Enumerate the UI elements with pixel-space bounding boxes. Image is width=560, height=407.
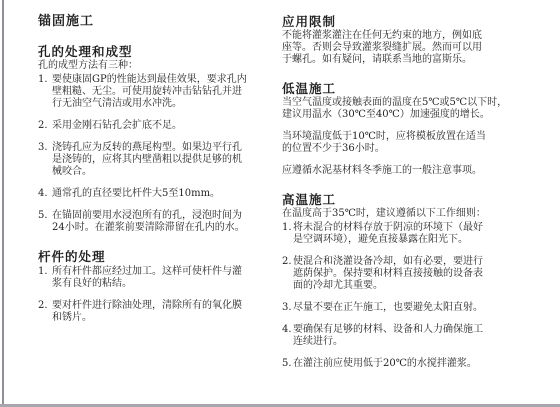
item-text: 通常孔的直径要比杆件大5至10mm。	[52, 188, 260, 200]
paragraph: 当环境温度低于10℃时，应将模板放置在适当 的位置不少于36小时。	[282, 131, 518, 155]
item-number: 2.	[38, 120, 52, 132]
list-item: 2. 采用金刚石钻孔会扩底不足。	[38, 120, 260, 132]
section-rod-treatment: 杆件的处理 1. 所有杆件都应经过加工。这样可使杆件与灌 浆有良好的粘结。 2.…	[38, 249, 260, 324]
page-content: 锚固施工 孔的处理和成型 孔的成型方法有三种： 1. 要使康固GP的性能达到最佳…	[38, 9, 530, 370]
list-item: 4. 要确保有足够的材料、设备和人力确保施工 连续进行。	[282, 324, 518, 348]
heading-high-temperature: 高温施工	[282, 192, 518, 207]
item-number: 3.	[282, 302, 293, 314]
item-text: 要使康固GP的性能达到最佳效果，要求孔内 壁粗糙、无尘。可使用旋转冲击钻钻孔并进…	[52, 74, 260, 110]
list-item: 1. 所有杆件都应经过加工。这样可使杆件与灌 浆有良好的粘结。	[38, 266, 260, 290]
section-low-temperature: 低温施工 当空气温度或接触表面的温度在5℃或5℃以下时， 建议用温水（30℃至4…	[282, 81, 518, 177]
item-number: 4.	[38, 188, 52, 200]
item-text: 浇铸孔应为反转的燕尾构型。如果边平行孔 是浇铸的，应将其内壁凿粗以提供足够的机 …	[52, 142, 260, 178]
list-item: 4. 通常孔的直径要比杆件大5至10mm。	[38, 188, 260, 200]
item-number: 1.	[38, 74, 52, 110]
item-number: 1.	[38, 266, 52, 290]
numbered-list: 1. 将未混合的材料存放于阴凉的环境下（最好 是空调环境），避免直接暴露在阳光下…	[282, 222, 518, 370]
paragraph: 应遵循水泥基材料冬季施工的一般注意事项。	[282, 165, 518, 177]
list-item: 3. 尽量不要在正午施工，也要避免太阳直射。	[282, 302, 518, 314]
item-number: 2.	[38, 300, 52, 324]
list-item: 1. 要使康固GP的性能达到最佳效果，要求孔内 壁粗糙、无尘。可使用旋转冲击钻钻…	[38, 74, 260, 110]
item-text: 要确保有足够的材料、设备和人力确保施工 连续进行。	[293, 324, 518, 348]
item-text: 所有杆件都应经过加工。这样可使杆件与灌 浆有良好的粘结。	[52, 266, 260, 290]
item-number: 5.	[282, 358, 293, 370]
document-page: 锚固施工 孔的处理和成型 孔的成型方法有三种： 1. 要使康固GP的性能达到最佳…	[0, 0, 560, 407]
item-text: 在灌注前应使用低于20℃的水搅拌灌浆。	[293, 358, 518, 370]
heading-rod-treatment: 杆件的处理	[38, 249, 260, 264]
item-text: 将未混合的材料存放于阴凉的环境下（最好 是空调环境），避免直接暴露在阳光下。	[293, 222, 518, 246]
heading-application-limits: 应用限制	[282, 14, 518, 29]
list-intro: 在温度高于35℃时，建议遵循以下工作细则：	[282, 208, 518, 220]
item-text: 要对杆件进行除油处理，清除所有的氧化膜 和锈片。	[52, 300, 260, 324]
list-intro: 孔的成型方法有三种：	[38, 60, 260, 72]
item-text: 在锚固前要用水浸泡所有的孔，浸泡时间为 24小时。在灌浆前要清除滞留在孔内的水。	[52, 210, 260, 234]
section-high-temperature: 高温施工 在温度高于35℃时，建议遵循以下工作细则： 1. 将未混合的材料存放于…	[282, 192, 518, 370]
heading-low-temperature: 低温施工	[282, 81, 518, 96]
paragraph: 当空气温度或接触表面的温度在5℃或5℃以下时， 建议用温水（30℃至40℃）加速…	[282, 97, 518, 121]
section-hole-preparation: 孔的处理和成型 孔的成型方法有三种： 1. 要使康固GP的性能达到最佳效果，要求…	[38, 44, 260, 234]
item-number: 5.	[38, 210, 52, 234]
right-column: 应用限制 不能将灌浆灌注在任何无约束的地方，例如底 座等。否则会导致灌浆裂缝扩展…	[282, 9, 518, 370]
left-column: 锚固施工 孔的处理和成型 孔的成型方法有三种： 1. 要使康固GP的性能达到最佳…	[38, 9, 260, 370]
item-number: 3.	[38, 142, 52, 178]
list-item: 2. 要对杆件进行除油处理，清除所有的氧化膜 和锈片。	[38, 300, 260, 324]
numbered-list: 1. 所有杆件都应经过加工。这样可使杆件与灌 浆有良好的粘结。 2. 要对杆件进…	[38, 266, 260, 324]
document-title: 锚固施工	[38, 9, 260, 29]
list-item: 2. 使混合和浇灌设备冷却，如有必要，要进行 遮荫保护。保持要和材料直接接触的设…	[282, 256, 518, 292]
item-text: 尽量不要在正午施工，也要避免太阳直射。	[293, 302, 518, 314]
item-text: 采用金刚石钻孔会扩底不足。	[52, 120, 260, 132]
item-number: 1.	[282, 222, 293, 246]
list-item: 5. 在锚固前要用水浸泡所有的孔，浸泡时间为 24小时。在灌浆前要清除滞留在孔内…	[38, 210, 260, 234]
page-edge-left	[2, 0, 4, 407]
list-item: 5. 在灌注前应使用低于20℃的水搅拌灌浆。	[282, 358, 518, 370]
numbered-list: 1. 要使康固GP的性能达到最佳效果，要求孔内 壁粗糙、无尘。可使用旋转冲击钻钻…	[38, 74, 260, 234]
list-item: 1. 将未混合的材料存放于阴凉的环境下（最好 是空调环境），避免直接暴露在阳光下…	[282, 222, 518, 246]
item-number: 4.	[282, 324, 293, 348]
section-application-limits: 应用限制 不能将灌浆灌注在任何无约束的地方，例如底 座等。否则会导致灌浆裂缝扩展…	[282, 14, 518, 66]
list-item: 3. 浇铸孔应为反转的燕尾构型。如果边平行孔 是浇铸的，应将其内壁凿粗以提供足够…	[38, 142, 260, 178]
paragraph: 不能将灌浆灌注在任何无约束的地方，例如底 座等。否则会导致灌浆裂缝扩展。然而可以…	[282, 30, 518, 66]
item-number: 2.	[282, 256, 293, 292]
heading-hole-preparation: 孔的处理和成型	[38, 44, 260, 59]
item-text: 使混合和浇灌设备冷却，如有必要，要进行 遮荫保护。保持要和材料直接接触的设备表 …	[293, 256, 518, 292]
